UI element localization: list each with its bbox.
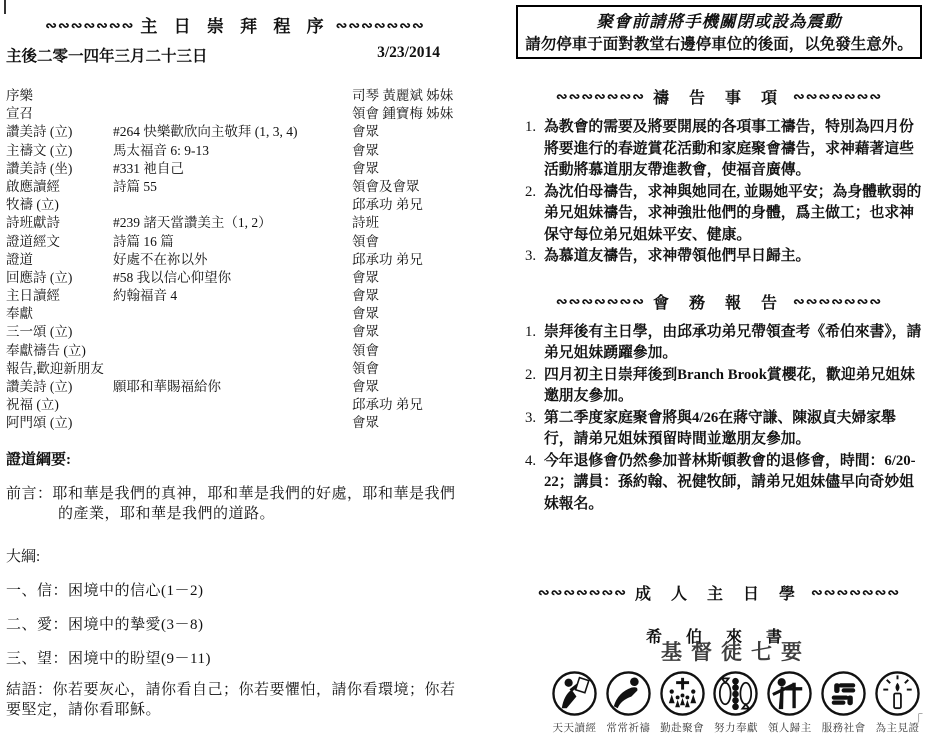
notice-parking: 請勿停車于面對教堂右邊停車位的後面，以免發生意外。 [522, 32, 916, 54]
program-who: 會眾 [352, 414, 464, 432]
program-who: 邱承功 弟兄 [352, 396, 464, 414]
congregation-cross-icon [659, 670, 706, 717]
program-item: 讚美詩 (立) [6, 378, 113, 396]
list-item: 4.今年退修會仍然參加普林斯頓教會的退修會，時間：6/20-22；講員：孫約翰、… [516, 451, 922, 516]
seven-essentials-icons: 天天讀經常常祈禱勤赴聚會努力奉獻領人歸主服務社會為主見證 [550, 670, 922, 733]
program-item: 序樂 [6, 87, 113, 105]
program-who: 會眾 [352, 269, 464, 287]
program-row: 讚美詩 (坐)#331 祂自己會眾 [6, 160, 464, 178]
serving-hands-icon [820, 670, 867, 717]
program-content [113, 105, 352, 123]
essential-label: 服務社會 [822, 720, 866, 733]
program-content: 願耶和華賜福給你 [113, 378, 352, 396]
sermon-points: 一、信：困境中的信心(1－2)二、愛：困境中的摯愛(3－8)三、望：困境中的盼望… [6, 579, 464, 668]
prayer-list: 1.為教會的需要及將要開展的各項事工禱告，特別為四月份將要進行的春遊賞花活動和家… [516, 117, 922, 268]
item-text: 第二季度家庭聚會將與4/26在蔣守謙、陳淑貞夫婦家舉行，請弟兄姐妹預留時間並邀朋… [540, 408, 922, 451]
essential-label: 領人歸主 [768, 720, 812, 733]
bulletin-page: { "ornament": "∾∾∾∾∾∾∾", "left": { "titl… [0, 0, 928, 733]
program-who: 會眾 [352, 142, 464, 160]
program-row: 奉獻禱告 (立)領會 [6, 342, 464, 360]
program-item: 證道 [6, 251, 113, 269]
program-who: 會眾 [352, 305, 464, 323]
program-row: 啟應讀經詩篇 55領會及會眾 [6, 178, 464, 196]
read-bible-icon [551, 670, 598, 717]
item-number: 2. [516, 365, 540, 408]
program-who: 邱承功 弟兄 [352, 251, 464, 269]
program-who: 會眾 [352, 323, 464, 341]
page-title-text: 主 日 崇 拜 程 序 [140, 17, 329, 36]
program-content [113, 196, 352, 214]
program-row: 讚美詩 (立)#264 快樂歡欣向主敬拜 (1, 3, 4)會眾 [6, 123, 464, 141]
program-who: 會眾 [352, 160, 464, 178]
swirl-ornament-icon: ∾∾∾∾∾∾∾ [538, 586, 627, 601]
program-row: 序樂司琴 黃麗斌 姊妹 [6, 87, 464, 105]
report-title: 會 務 報 告 [653, 295, 785, 312]
seven-essentials-title: 基督徒七要 [550, 636, 922, 666]
program-who: 司琴 黃麗斌 姊妹 [352, 87, 464, 105]
program-item: 報告,歡迎新朋友 [6, 360, 113, 378]
program-content [113, 396, 352, 414]
essential-label: 常常祈禱 [606, 720, 650, 733]
program-row: 祝福 (立)邱承功 弟兄 [6, 396, 464, 414]
program-who: 會眾 [352, 287, 464, 305]
program-content: #58 我以信心仰望你 [113, 269, 352, 287]
item-number: 1. [516, 322, 540, 365]
sunday-school-title: 成 人 主 日 學 [635, 586, 803, 603]
essential-item: 努力奉獻 [711, 670, 760, 733]
right-column: 聚會前請將手機關閉或設為震動 請勿停車于面對教堂右邊停車位的後面，以免發生意外。… [516, 5, 922, 647]
swirl-ornament-icon: ∾∾∾∾∾∾∾ [336, 19, 425, 34]
swirl-ornament-icon: ∾∾∾∾∾∾∾ [793, 295, 882, 310]
program-content [113, 342, 352, 360]
notice-phones: 聚會前請將手機關閉或設為震動 [522, 8, 916, 32]
essential-item: 領人歸主 [765, 670, 814, 733]
program-row: 報告,歡迎新朋友領會 [6, 360, 464, 378]
lead-people-cross-icon [766, 670, 813, 717]
sermon-conclusion: 結語：你若要灰心，請你看自己；你若要懼怕，請你看環境；你若要堅定，請你看耶穌。 [6, 680, 464, 720]
essential-label: 努力奉獻 [714, 720, 758, 733]
program-content: 詩篇 55 [113, 178, 352, 196]
program-who: 領會 鍾寶梅 姊妹 [352, 105, 464, 123]
sermon-outline-heading: 證道綱要: [6, 448, 464, 469]
list-item: 2.為沈伯母禱告，求神與她同在, 並賜她平安；為身體軟弱的弟兄姐妹禱告，求神強壯… [516, 182, 922, 247]
program-row: 奉獻會眾 [6, 305, 464, 323]
program-row: 主日讀經約翰福音 4會眾 [6, 287, 464, 305]
item-number: 1. [516, 117, 540, 182]
seven-essentials: 基督徒七要 天天讀經常常祈禱勤赴聚會努力奉獻領人歸主服務社會為主見證 [550, 636, 922, 733]
prayer-kneel-icon [605, 670, 652, 717]
program-content [113, 323, 352, 341]
list-item: 3.第二季度家庭聚會將與4/26在蔣守謙、陳淑貞夫婦家舉行，請弟兄姐妹預留時間並… [516, 408, 922, 451]
program-content [113, 414, 352, 432]
program-item: 奉獻禱告 (立) [6, 342, 113, 360]
program-content [113, 360, 352, 378]
page-title: ∾∾∾∾∾∾∾主 日 崇 拜 程 序∾∾∾∾∾∾∾ [6, 12, 464, 37]
program-who: 詩班 [352, 214, 464, 232]
program-content: 詩篇 16 篇 [113, 233, 352, 251]
swirl-ornament-icon: ∾∾∾∾∾∾∾ [556, 295, 645, 310]
report-list: 1.崇拜後有主日學，由邱承功弟兄帶領查考《希伯來書》，請弟兄姐妹踴躍參加。2.四… [516, 322, 922, 516]
swirl-ornament-icon: ∾∾∾∾∾∾∾ [811, 586, 900, 601]
list-item: 1.崇拜後有主日學，由邱承功弟兄帶領查考《希伯來書》，請弟兄姐妹踴躍參加。 [516, 322, 922, 365]
program-row: 證道好處不在祢以外邱承功 弟兄 [6, 251, 464, 269]
scan-corner-artifact: 「 [910, 710, 923, 729]
program-item: 三一頌 (立) [6, 323, 113, 341]
item-number: 3. [516, 246, 540, 268]
program-item: 奉獻 [6, 305, 113, 323]
swirl-ornament-icon: ∾∾∾∾∾∾∾ [793, 90, 882, 105]
list-item: 1.為教會的需要及將要開展的各項事工禱告，特別為四月份將要進行的春遊賞花活動和家… [516, 117, 922, 182]
swirl-ornament-icon: ∾∾∾∾∾∾∾ [45, 19, 134, 34]
program-who: 領會 [352, 342, 464, 360]
program-item: 讚美詩 (坐) [6, 160, 113, 178]
program-row: 三一頌 (立)會眾 [6, 323, 464, 341]
prayer-section-heading: ∾∾∾∾∾∾∾禱 告 事 項∾∾∾∾∾∾∾ [516, 85, 922, 108]
item-text: 崇拜後有主日學，由邱承功弟兄帶領查考《希伯來書》，請弟兄姐妹踴躍參加。 [540, 322, 922, 365]
report-section-heading: ∾∾∾∾∾∾∾會 務 報 告∾∾∾∾∾∾∾ [516, 290, 922, 313]
sermon-outline-subheading: 大綱: [6, 545, 464, 566]
program-who: 邱承功 弟兄 [352, 196, 464, 214]
essential-label: 天天讀經 [553, 720, 597, 733]
date-numeric: 3/23/2014 [377, 44, 440, 66]
program-item: 證道經文 [6, 233, 113, 251]
list-item: 3.為慕道友禱告，求神帶領他們早日歸主。 [516, 246, 922, 268]
sunday-school-heading: ∾∾∾∾∾∾∾成 人 主 日 學∾∾∾∾∾∾∾ [516, 581, 922, 604]
sermon-point: 一、信：困境中的信心(1－2) [6, 579, 464, 600]
program-row: 主禱文 (立)馬太福音 6: 9-13會眾 [6, 142, 464, 160]
program-who: 領會及會眾 [352, 178, 464, 196]
item-text: 為沈伯母禱告，求神與她同在, 並賜她平安；為身體軟弱的弟兄姐妹禱告，求神強壯他們… [540, 182, 922, 247]
program-who: 領會 [352, 360, 464, 378]
program-item: 祝福 (立) [6, 396, 113, 414]
notice-box: 聚會前請將手機關閉或設為震動 請勿停車于面對教堂右邊停車位的後面，以免發生意外。 [516, 5, 922, 59]
essential-item: 服務社會 [819, 670, 868, 733]
program-row: 詩班獻詩#239 諸天當讚美主（1, 2）詩班 [6, 214, 464, 232]
essential-label: 勤赴聚會 [660, 720, 704, 733]
sermon-outline: 證道綱要: 前言：耶和華是我們的真神，耶和華是我們的好處，耶和華是我們的產業，耶… [6, 448, 464, 720]
item-number: 2. [516, 182, 540, 247]
program-content: 好處不在祢以外 [113, 251, 352, 269]
loaves-fishes-icon [712, 670, 759, 717]
program-content: #264 快樂歡欣向主敬拜 (1, 3, 4) [113, 123, 352, 141]
program-row: 牧禱 (立)邱承功 弟兄 [6, 196, 464, 214]
program-content: 約翰福音 4 [113, 287, 352, 305]
item-number: 3. [516, 408, 540, 451]
program-item: 阿門頌 (立) [6, 414, 113, 432]
program-who: 領會 [352, 233, 464, 251]
essential-item: 天天讀經 [550, 670, 599, 733]
program-content [113, 87, 352, 105]
program-who: 會眾 [352, 123, 464, 141]
program-item: 詩班獻詩 [6, 214, 113, 232]
program-row: 讚美詩 (立)願耶和華賜福給你會眾 [6, 378, 464, 396]
program-content: 馬太福音 6: 9-13 [113, 142, 352, 160]
sermon-preface: 前言：耶和華是我們的真神，耶和華是我們的好處，耶和華是我們的產業，耶和華是我們的… [6, 484, 464, 524]
program-who: 會眾 [352, 378, 464, 396]
program-item: 主日讀經 [6, 287, 113, 305]
sermon-point: 二、愛：困境中的摯愛(3－8) [6, 613, 464, 634]
worship-program: 序樂司琴 黃麗斌 姊妹宣召領會 鍾寶梅 姊妹讚美詩 (立)#264 快樂歡欣向主… [6, 87, 464, 433]
date-chinese: 主後二零一四年三月二十三日 [6, 44, 208, 66]
prayer-title: 禱 告 事 項 [653, 90, 785, 107]
essential-item: 常常祈禱 [604, 670, 653, 733]
program-item: 牧禱 (立) [6, 196, 113, 214]
sermon-point: 三、望：困境中的盼望(9－11) [6, 647, 464, 668]
left-column: ∾∾∾∾∾∾∾主 日 崇 拜 程 序∾∾∾∾∾∾∾ 主後二零一四年三月二十三日 … [6, 12, 464, 720]
program-row: 宣召領會 鍾寶梅 姊妹 [6, 105, 464, 123]
swirl-ornament-icon: ∾∾∾∾∾∾∾ [556, 90, 645, 105]
essential-item: 勤赴聚會 [658, 670, 707, 733]
item-number: 4. [516, 451, 540, 516]
item-text: 為慕道友禱告，求神帶領他們早日歸主。 [540, 246, 922, 268]
program-item: 回應詩 (立) [6, 269, 113, 287]
item-text: 為教會的需要及將要開展的各項事工禱告，特別為四月份將要進行的春遊賞花活動和家庭聚… [540, 117, 922, 182]
program-item: 讚美詩 (立) [6, 123, 113, 141]
date-row: 主後二零一四年三月二十三日 3/23/2014 [6, 44, 464, 66]
program-item: 主禱文 (立) [6, 142, 113, 160]
item-text: 四月初主日崇拜後到Branch Brook賞櫻花，歡迎弟兄姐妹邀朋友參加。 [540, 365, 922, 408]
program-item: 宣召 [6, 105, 113, 123]
program-content: #331 祂自己 [113, 160, 352, 178]
item-text: 今年退修會仍然參加普林斯頓教會的退修會，時間：6/20-22；講員：孫約翰、祝健… [540, 451, 922, 516]
program-item: 啟應讀經 [6, 178, 113, 196]
list-item: 2.四月初主日崇拜後到Branch Brook賞櫻花，歡迎弟兄姐妹邀朋友參加。 [516, 365, 922, 408]
program-row: 阿門頌 (立)會眾 [6, 414, 464, 432]
program-row: 證道經文詩篇 16 篇領會 [6, 233, 464, 251]
program-row: 回應詩 (立)#58 我以信心仰望你會眾 [6, 269, 464, 287]
program-content [113, 305, 352, 323]
program-content: #239 諸天當讚美主（1, 2） [113, 214, 352, 232]
